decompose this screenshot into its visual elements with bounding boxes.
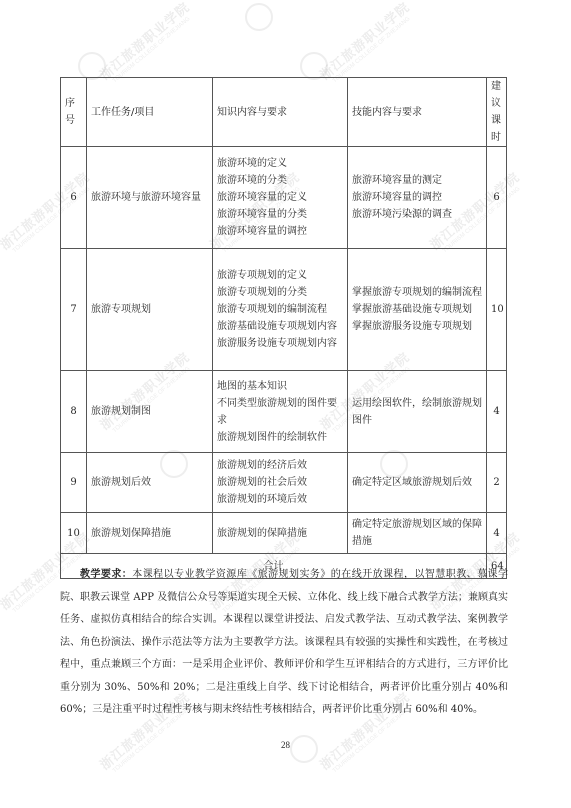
cell-hours: 6 [487,147,507,249]
knowledge-item: 旅游环境容量的调控 [217,223,343,240]
cell-skills: 旅游环境容量的测定 旅游环境容量的调控 旅游环境污染源的调查 [348,147,487,249]
watermark-seal-icon [78,52,106,80]
knowledge-item: 旅游环境的定义 [217,155,343,172]
knowledge-item: 旅游环境容量的定义 [217,189,343,206]
skill-item: 旅游环境容量的调控 [352,189,482,206]
header-task: 工作任务/项目 [87,78,213,147]
watermark: 浙江旅游职业学院TOURISM COLLEGE OF ZHEJIANG [95,0,197,88]
cell-hours: 4 [487,513,507,554]
header-knowledge: 知识内容与要求 [213,78,348,147]
teaching-requirements-text: 本课程以专业教学资源库《旅游规划实务》的在线开放课程，以智慧职教、慕课学院、职教… [60,569,508,715]
header-hours: 建议课时 [487,78,507,147]
table-row: 10 旅游规划保障措施 旅游规划的保障措施 确定特定旅游规划区域的保障措施 4 [61,513,507,554]
cell-knowledge: 旅游环境的定义 旅游环境的分类 旅游环境容量的定义 旅游环境容量的分类 旅游环境… [213,147,348,249]
watermark: 浙江旅游职业学院TOURISM COLLEGE OF ZHEJIANG [315,0,417,88]
cell-knowledge: 地图的基本知识 不同类型旅游规划的图件要求 旅游规划图件的绘制软件 [213,371,348,453]
teaching-requirements-label: 教学要求： [80,569,132,580]
knowledge-item: 旅游规划的社会后效 [217,474,343,491]
knowledge-item: 旅游基础设施专项规划内容 [217,318,343,335]
watermark-seal-icon [300,52,328,80]
cell-knowledge: 旅游规划的经济后效 旅游规划的社会后效 旅游规划的环境后效 [213,453,348,513]
watermark-seal-icon [245,3,273,31]
cell-skills: 确定特定旅游规划区域的保障措施 [348,513,487,554]
knowledge-item: 旅游专项规划的编制流程 [217,301,343,318]
knowledge-item: 不同类型旅游规划的图件要求 [217,395,343,429]
course-content-table: 序号 工作任务/项目 知识内容与要求 技能内容与要求 建议课时 6 旅游环境与旅… [60,77,507,579]
skill-item: 掌握旅游专项规划的编制流程 [352,284,482,301]
knowledge-item: 地图的基本知识 [217,378,343,395]
knowledge-item: 旅游专项规划的定义 [217,267,343,284]
cell-skills: 确定特定区域旅游规划后效 [348,453,487,513]
skill-item: 确定特定旅游规划区域的保障措施 [352,516,482,550]
knowledge-item: 旅游环境的分类 [217,172,343,189]
table-row: 9 旅游规划后效 旅游规划的经济后效 旅游规划的社会后效 旅游规划的环境后效 确… [61,453,507,513]
cell-task: 旅游规划后效 [87,453,213,513]
cell-skills: 运用绘图软件，绘制旅游规划图件 [348,371,487,453]
skill-item: 掌握旅游服务设施专项规划 [352,318,482,335]
skill-item: 旅游环境容量的测定 [352,172,482,189]
knowledge-item: 旅游规划的经济后效 [217,457,343,474]
skill-item: 确定特定区域旅游规划后效 [352,474,482,491]
skill-item: 旅游环境污染源的调查 [352,206,482,223]
table-row: 6 旅游环境与旅游环境容量 旅游环境的定义 旅游环境的分类 旅游环境容量的定义 … [61,147,507,249]
cell-no: 6 [61,147,87,249]
cell-no: 9 [61,453,87,513]
cell-skills: 掌握旅游专项规划的编制流程 掌握旅游基础设施专项规划 掌握旅游服务设施专项规划 [348,249,487,371]
document-page: 浙江旅游职业学院TOURISM COLLEGE OF ZHEJIANG 浙江旅游… [0,0,571,808]
cell-hours: 10 [487,249,507,371]
cell-task: 旅游专项规划 [87,249,213,371]
knowledge-item: 旅游服务设施专项规划内容 [217,335,343,352]
teaching-requirements-paragraph: 教学要求：本课程以专业教学资源库《旅游规划实务》的在线开放课程，以智慧职教、慕课… [60,564,508,722]
cell-no: 10 [61,513,87,554]
table-row: 8 旅游规划制图 地图的基本知识 不同类型旅游规划的图件要求 旅游规划图件的绘制… [61,371,507,453]
cell-no: 8 [61,371,87,453]
cell-hours: 4 [487,371,507,453]
skill-item: 运用绘图软件，绘制旅游规划图件 [352,395,482,429]
knowledge-item: 旅游规划图件的绘制软件 [217,429,343,446]
header-no: 序号 [61,78,87,147]
knowledge-item: 旅游环境容量的分类 [217,206,343,223]
cell-task: 旅游环境与旅游环境容量 [87,147,213,249]
knowledge-item: 旅游规划的环境后效 [217,491,343,508]
table-header-row: 序号 工作任务/项目 知识内容与要求 技能内容与要求 建议课时 [61,78,507,147]
knowledge-item: 旅游专项规划的分类 [217,284,343,301]
table-row: 7 旅游专项规划 旅游专项规划的定义 旅游专项规划的分类 旅游专项规划的编制流程… [61,249,507,371]
cell-hours: 2 [487,453,507,513]
cell-knowledge: 旅游规划的保障措施 [213,513,348,554]
header-skills: 技能内容与要求 [348,78,487,147]
cell-knowledge: 旅游专项规划的定义 旅游专项规划的分类 旅游专项规划的编制流程 旅游基础设施专项… [213,249,348,371]
cell-task: 旅游规划保障措施 [87,513,213,554]
cell-task: 旅游规划制图 [87,371,213,453]
page-number: 28 [0,740,571,750]
skill-item: 掌握旅游基础设施专项规划 [352,301,482,318]
knowledge-item: 旅游规划的保障措施 [217,525,343,542]
cell-no: 7 [61,249,87,371]
